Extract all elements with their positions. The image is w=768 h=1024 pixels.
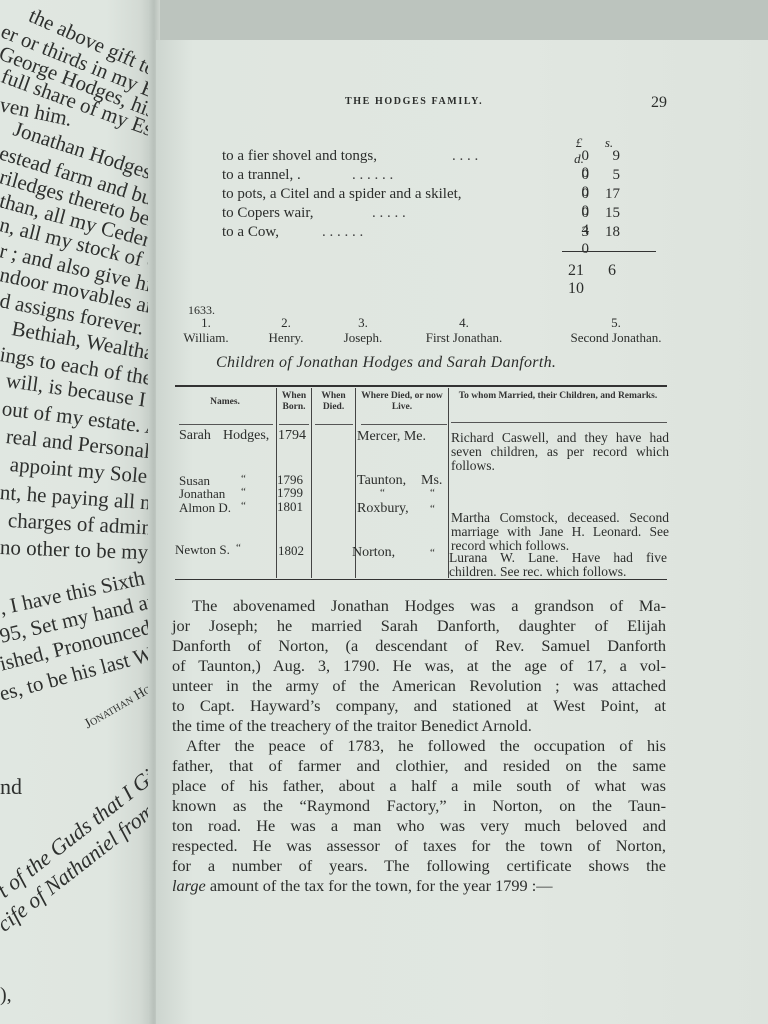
row-where-mark: “ [430,546,435,560]
row-name: Sarah [179,429,211,443]
total-pence: 10 [552,280,584,298]
text-line: father, that of farmer and clothier, and… [172,756,666,776]
child-number: 3. [332,315,394,330]
pounds-value: 0 [558,205,589,222]
shillings-value: 15 [589,205,620,222]
shillings-value: 18 [589,224,620,241]
child-number: 4. [414,315,514,330]
ledger-item-label: to pots, a Citel and a spider and a skil… [222,186,462,203]
left-page-line: nd [0,774,22,800]
ledger-row: to pots, a Citel and a spider and a skil… [222,186,642,206]
page-number: 29 [651,94,667,112]
table-caption: Children of Jonathan Hodges and Sarah Da… [216,354,556,372]
row-ditto: “ [241,485,246,499]
italic-word: large [172,876,206,895]
row-born: 1794 [278,429,306,443]
ledger-row: to a fier shovel and tongs, . . . . 090 [222,148,642,168]
text-fragment: amount of the tax for the town, for the … [206,876,553,895]
row-ditto: “ [241,472,246,486]
child-name: Second Jonathan. [558,330,674,345]
left-page-line: ), [0,984,12,1007]
header-rule [315,424,353,425]
ledger-leader-dots: . . . . . . [322,224,363,241]
shillings-value: 9 [589,148,620,165]
text-line: to Capt. Hayward’s company, and statione… [172,696,666,716]
ledger-leader-dots: . . . . [452,148,478,165]
family-table: Names. When Born. When Died. Where Died,… [175,385,667,582]
header-names: Names. [175,397,275,408]
paragraph-biography: The abovenamed Jonathan Hodges was a gra… [172,596,666,736]
child-number: 5. [558,315,674,330]
text-line: known as the “Raymond Factory,” in Norto… [172,796,666,816]
lineage-child: 3. Joseph. [332,315,394,345]
header-rule [179,424,273,425]
ledger-total: 21610 [552,262,642,298]
row-surname: Hodges, [223,429,269,443]
child-name: First Jonathan. [414,330,514,345]
ledger-row: to Copers wair, . . . . . 0154 [222,205,642,225]
left-facing-page: the above gift to my er or thirds in my … [0,0,152,1024]
pounds-value: 0 [558,186,589,203]
text-line: place of his father, about a half a mile… [172,776,666,796]
total-pounds: 21 [552,262,584,280]
row-ditto: “ [236,541,241,555]
ledger-leader-dots: . . . . . [372,205,406,222]
header-remarks: To whom Married, their Children, and Rem… [451,391,665,402]
shillings-value: 17 [589,186,620,203]
row-where-mark: “ [430,502,435,516]
header-when-born: When Born. [277,391,311,413]
row-where-mark: “ [430,486,435,500]
lineage-child: 4. First Jonathan. [414,315,514,345]
row-where: Norton, [352,546,395,560]
total-shillings: 6 [584,262,616,280]
text-line: large amount of the tax for the town, fo… [172,876,666,896]
pounds-value: 0 [558,167,589,184]
header-rule [361,424,447,425]
table-bottom-rule [175,579,667,580]
child-name: Henry. [258,330,314,345]
running-title: THE HODGES FAMILY. [345,96,483,107]
left-page-line: no other to be my last W [0,535,152,567]
text-line: for a number of years. The following cer… [172,856,666,876]
ledger-item-label: to a fier shovel and tongs, [222,148,377,165]
row-where: Roxbury, [357,502,409,516]
child-name: Joseph. [332,330,394,345]
row-name: Newton S. [175,543,230,557]
child-number: 1. [182,315,230,330]
text-line: Danforth of Norton, (a descendant of Rev… [172,636,666,656]
lineage-child: 2. Henry. [258,315,314,345]
paragraph-occupation: After the peace of 1783, he followed the… [172,736,666,896]
column-divider [311,388,312,578]
ledger-item-label: to Copers wair, [222,205,313,222]
ledger-row: to a trannel, . . . . . . . 050 [222,167,642,187]
ledger-row: to a Cow, . . . . . . 3180 [222,224,642,244]
row-born: 1799 [277,486,303,500]
lineage-child: 5. Second Jonathan. [558,315,674,345]
text-line: ton road. He was a man who was very much… [172,816,666,836]
row-remarks: Martha Comstock, deceased. Second marria… [451,511,669,553]
table-top-rule [175,385,667,387]
row-ditto: “ [241,499,246,513]
pounds-value: 3 [558,224,589,241]
sum-rule [562,251,656,252]
text-line: jor Joseph; he married Sarah Danforth, d… [172,616,666,636]
ledger-item-label: to a trannel, . [222,167,301,184]
child-number: 2. [258,315,314,330]
pounds-value: 0 [558,148,589,165]
row-remarks: Richard Caswell, and they have had seven… [451,431,669,473]
row-where: Mercer, Me. [357,430,426,444]
signature-line: Jonathan Ho [82,682,152,733]
header-rule [279,424,309,425]
text-line: the time of the treachery of the traitor… [172,716,666,736]
header-when-died: When Died. [312,391,355,413]
header-rule [451,422,667,423]
header-where: Where Died, or now Live. [356,391,448,413]
row-born: 1801 [277,500,303,514]
child-name: William. [182,330,230,345]
background-surface [150,0,768,42]
pence-value: 0 [558,241,589,258]
lineage-child: 1. William. [182,315,230,345]
row-name: Jonathan [179,487,225,501]
row-remarks: Lurana W. Lane. Have had five children. … [449,551,667,579]
ledger-item-label: to a Cow, [222,224,279,241]
row-born: 1802 [278,544,304,558]
shillings-value: 5 [589,167,620,184]
text-line: After the peace of 1783, he followed the… [172,736,666,756]
text-line: unteer in the army of the American Revol… [172,676,666,696]
row-name: Almon D. [179,501,231,515]
row-where-ditto: “ [380,486,385,500]
text-line: of Taunton,) Aug. 3, 1790. He was, at th… [172,656,666,676]
text-line: The abovenamed Jonathan Hodges was a gra… [172,596,666,616]
ledger-leader-dots: . . . . . . [352,167,393,184]
text-line: respected. He was assessor of taxes for … [172,836,666,856]
